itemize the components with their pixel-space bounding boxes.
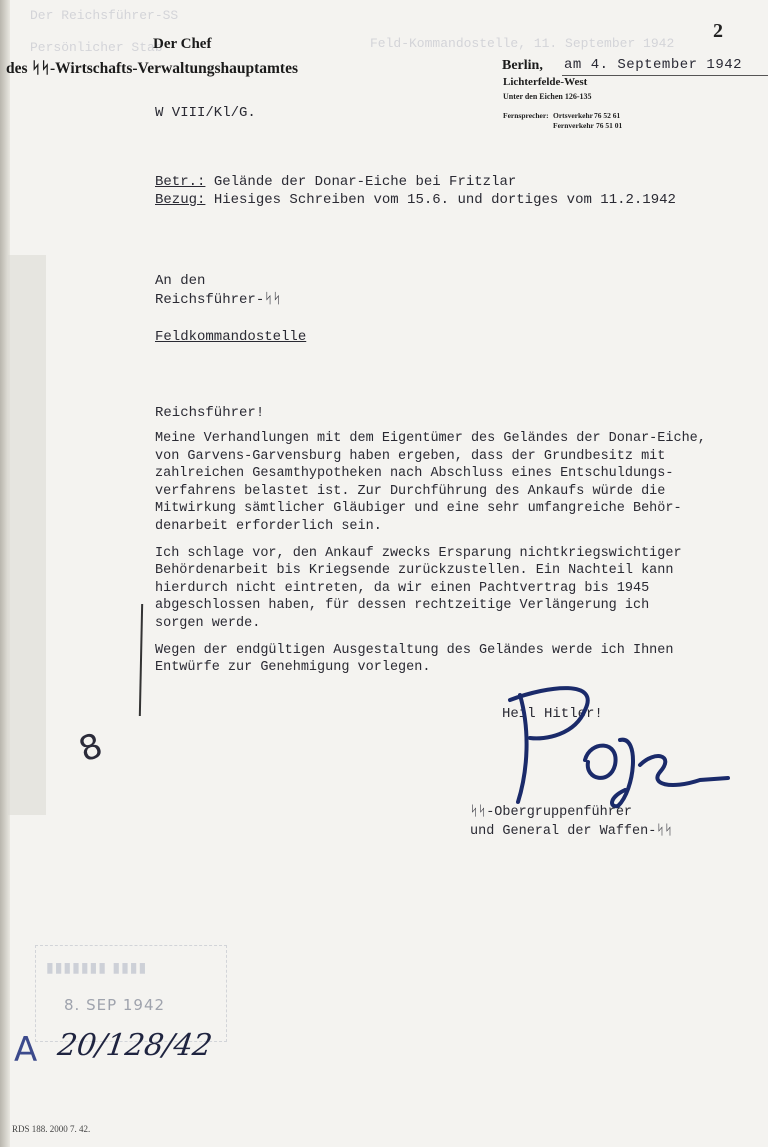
received-stamp-date: 8. SEP 1942 [64,996,165,1014]
bleed-through-text: Feld-Kommandostelle, 11. September 1942 [370,36,674,51]
margin-annotation-line [139,604,143,716]
bezug-label: Bezug: [155,192,205,208]
salutation: Reichsführer! [155,405,264,421]
paragraph: Wegen der endgültigen Ausgestaltung des … [155,642,755,677]
signatory-rank: ᛋᛋ-Obergruppenführer und General der Waf… [470,803,673,841]
bleed-through-text: Persönlicher Stab [30,40,163,55]
betr-label: Betr.: [155,174,205,190]
reference-code: W VIII/Kl/G. [155,105,256,121]
betr-text: Gelände der Donar-Eiche bei Fritzlar [205,174,516,190]
date-underline [562,75,768,76]
phone-local-label: Ortsverkehr [553,111,593,121]
phone-local: 76 52 61 [594,111,620,121]
place-district: Lichterfelde-West [503,76,587,88]
paragraph: Ich schlage vor, den Ankauf zwecks Erspa… [155,545,755,633]
letterhead-title: Der Chef [153,36,211,53]
letterhead-department: des ᛋᛋ-Wirtschafts-Verwaltungshauptamtes [6,60,298,78]
recipient-location: Feldkommandostelle [155,328,306,347]
phone-label: Fernsprecher: [503,111,549,121]
signature [490,680,730,810]
place-street: Unter den Eichen 126-135 [503,92,592,101]
phone-long-label: Fernverkehr [553,121,594,131]
bezug-text: Hiesiges Schreiben vom 15.6. und dortige… [205,192,675,208]
margin-annotation-mark: 8 [74,726,108,771]
paragraph: Meine Verhandlungen mit dem Eigentümer d… [155,430,755,536]
letter-body: Meine Verhandlungen mit dem Eigentümer d… [155,430,755,686]
stamp-faded-text: ▮▮▮▮▮▮▮ ▮▮▮▮ [46,960,147,976]
bleed-through-text: Der Reichsführer-SS [30,8,178,23]
recipient-line: Reichsführer-ᛋᛋ [155,291,306,310]
handwritten-file-number: 20/128/42 [56,1028,215,1063]
paper-strip [8,255,46,815]
handwritten-initial: A [14,1030,37,1070]
letter-date: am 4. September 1942 [564,57,742,73]
recipient-block: An den Reichsführer-ᛋᛋ Feldkommandostell… [155,272,306,347]
subject-block: Betr.: Gelände der Donar-Eiche bei Fritz… [155,173,676,209]
phone-long: 76 51 01 [596,121,622,131]
recipient-line: An den [155,272,306,291]
place-city: Berlin, [502,58,543,74]
printer-footer: RDS 188. 2000 7. 42. [12,1124,90,1134]
page-number: 2 [713,20,723,43]
